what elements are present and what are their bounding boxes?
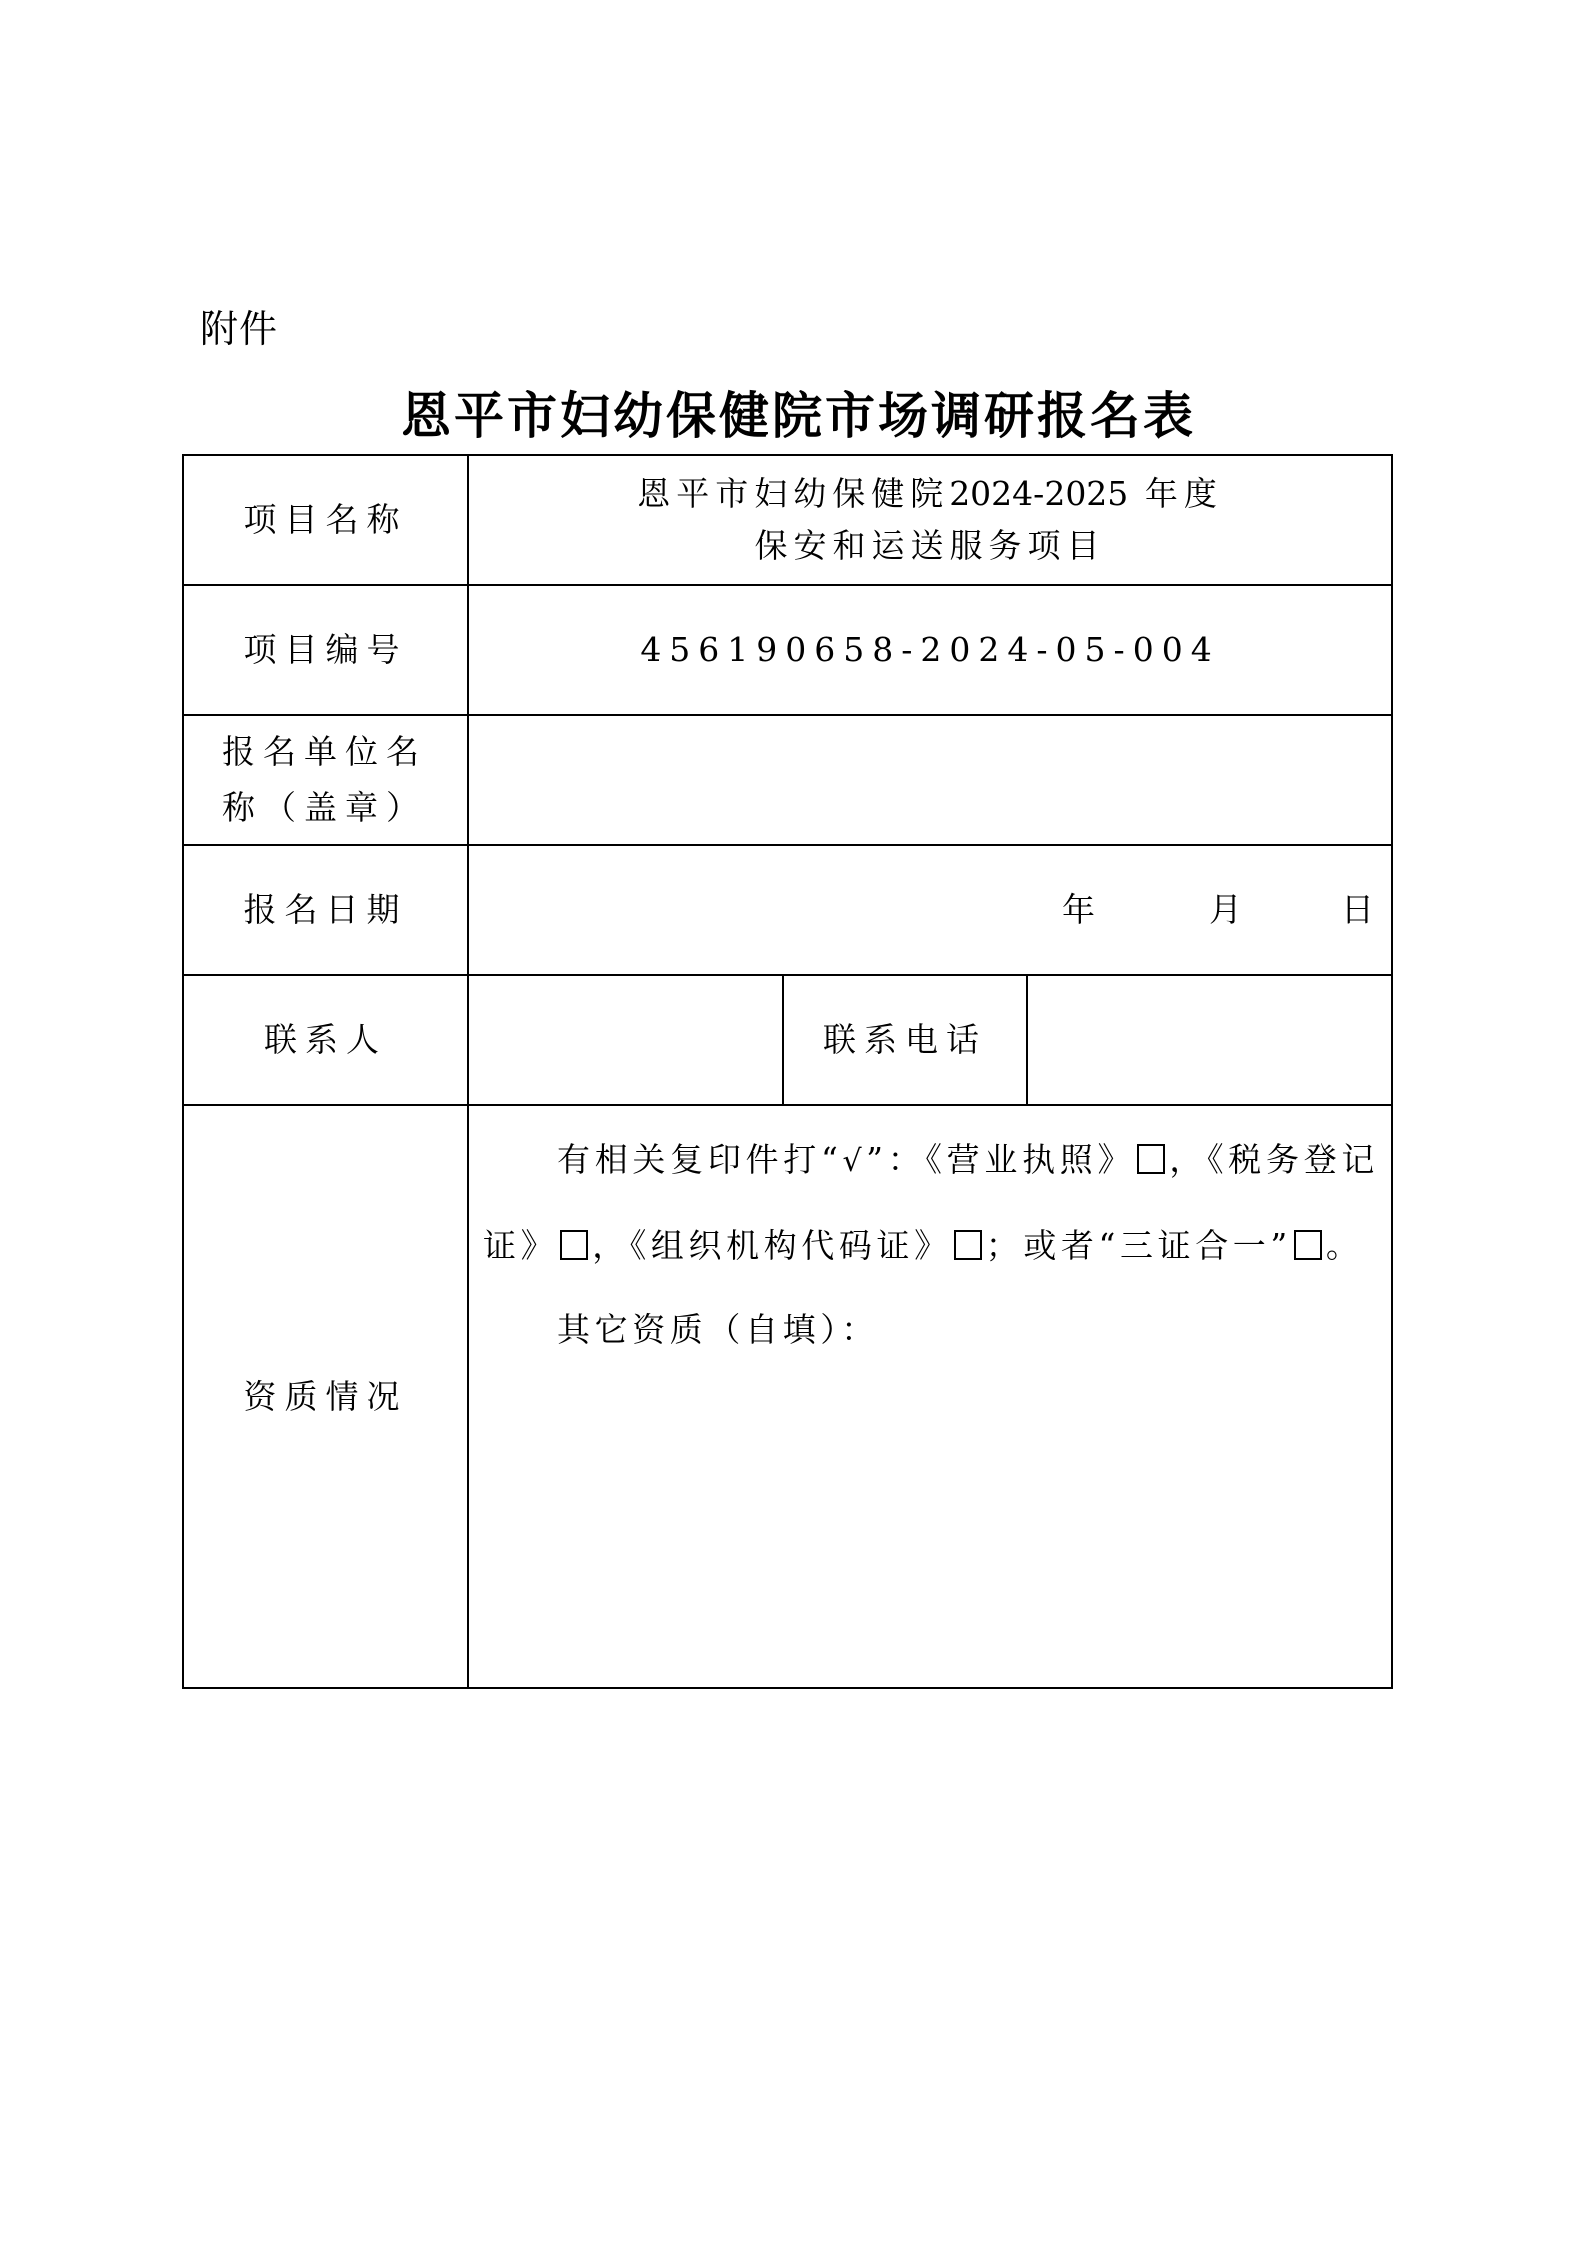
checkbox-tax-registration[interactable]	[560, 1230, 588, 1260]
project-number-value: 456190658-2024-05-004	[468, 585, 1392, 715]
date-month-mark: 月	[1209, 884, 1242, 936]
other-qualifications: 其它资质（自填）：	[483, 1288, 1379, 1372]
page-title: 恩平市妇幼保健院市场调研报名表	[0, 384, 1587, 448]
applicant-name-label: 报名单位名 称（盖章）	[183, 715, 468, 845]
row-registration-date: 报名日期 年 月 日	[183, 845, 1392, 975]
row-project-number: 项目编号 456190658-2024-05-004	[183, 585, 1392, 715]
qualifications-label: 资质情况	[183, 1105, 468, 1688]
project-name-prefix: 恩平市妇幼保健院	[637, 474, 949, 513]
qualifications-checklist: 有相关复印件打“√”：《营业执照》，《税务登记证》，《组织机构代码证》；或者“三…	[483, 1118, 1379, 1288]
registration-form-table: 项目名称 恩平市妇幼保健院2024-2025 年度 保安和运送服务项目 项目编号…	[182, 454, 1393, 1689]
checkbox-three-in-one[interactable]	[1294, 1230, 1322, 1260]
separator: ；	[986, 1226, 1024, 1265]
checklist-intro: 有相关复印件打“	[557, 1140, 842, 1179]
checkbox-business-license[interactable]	[1137, 1144, 1165, 1174]
applicant-name-label-line-1: 报名单位名	[222, 732, 427, 771]
registration-date-label: 报名日期	[183, 845, 468, 975]
contact-person-label: 联系人	[183, 975, 468, 1105]
contact-phone-field[interactable]	[1027, 975, 1392, 1105]
date-day-mark: 日	[1341, 884, 1374, 936]
project-name-year-range: 2024-2025	[949, 474, 1128, 513]
separator: ，	[1169, 1140, 1207, 1179]
registration-date-field[interactable]: 年 月 日	[468, 845, 1392, 975]
item-business-license: 《营业执照》	[925, 1140, 1135, 1179]
check-mark-icon: √	[842, 1144, 866, 1179]
row-project-name: 项目名称 恩平市妇幼保健院2024-2025 年度 保安和运送服务项目	[183, 455, 1392, 585]
period: 。	[1326, 1226, 1364, 1265]
applicant-name-field[interactable]	[468, 715, 1392, 845]
row-contact: 联系人 联系电话	[183, 975, 1392, 1105]
other-qualifications-label: 其它资质（自填）：	[557, 1310, 879, 1349]
separator: ，	[592, 1226, 630, 1265]
row-qualifications: 资质情况 有相关复印件打“√”：《营业执照》，《税务登记证》，《组织机构代码证》…	[183, 1105, 1392, 1688]
attachment-label: 附件	[200, 306, 278, 352]
contact-person-field[interactable]	[468, 975, 783, 1105]
project-name-line-1: 恩平市妇幼保健院2024-2025 年度	[469, 468, 1391, 520]
checkbox-organization-code[interactable]	[954, 1230, 982, 1260]
applicant-name-label-line-2: 称（盖章）	[222, 788, 427, 827]
project-name-suffix: 年度	[1145, 474, 1223, 513]
contact-phone-label: 联系电话	[783, 975, 1027, 1105]
project-name-line-2: 保安和运送服务项目	[469, 520, 1391, 572]
qualifications-content: 有相关复印件打“√”：《营业执照》，《税务登记证》，《组织机构代码证》；或者“三…	[468, 1105, 1392, 1688]
checklist-intro-end: ”：	[866, 1140, 925, 1179]
project-number-label: 项目编号	[183, 585, 468, 715]
row-applicant-name: 报名单位名 称（盖章）	[183, 715, 1392, 845]
date-year-mark: 年	[1062, 884, 1095, 936]
project-name-label: 项目名称	[183, 455, 468, 585]
project-name-value: 恩平市妇幼保健院2024-2025 年度 保安和运送服务项目	[468, 455, 1392, 585]
or-text: 或者	[1023, 1226, 1098, 1265]
item-organization-code: 《组织机构代码证》	[630, 1226, 952, 1265]
item-three-in-one: “三证合一”	[1099, 1226, 1292, 1265]
